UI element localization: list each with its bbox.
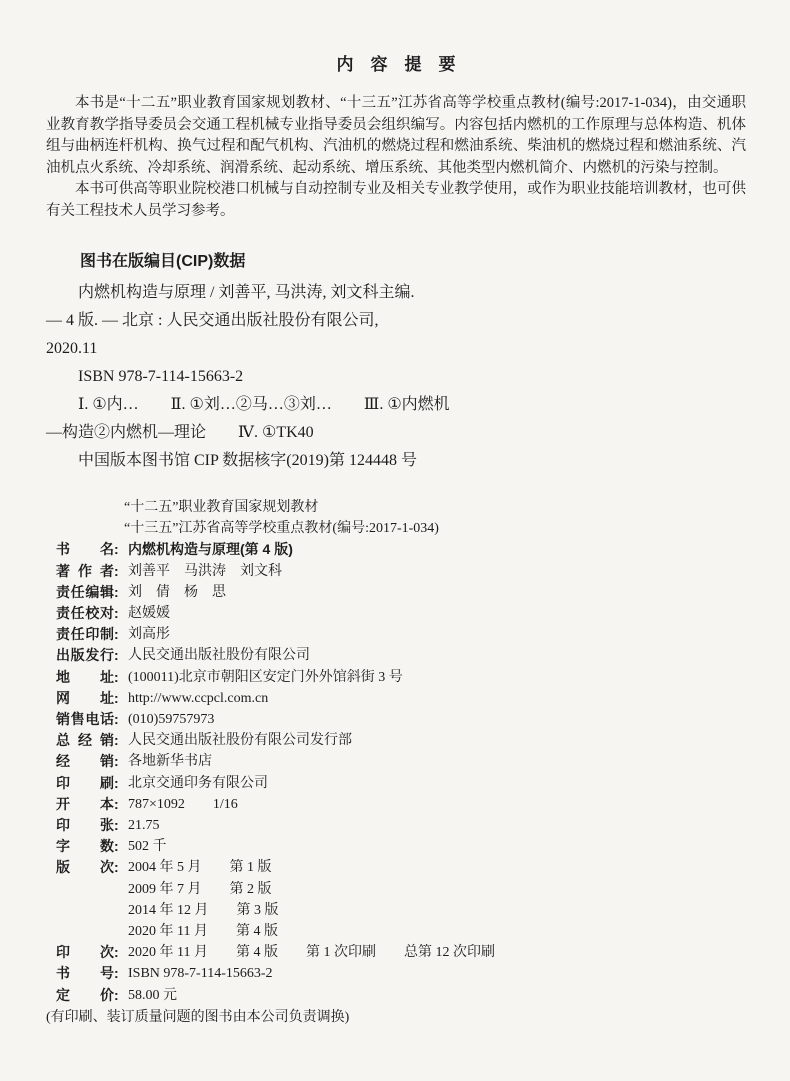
- colon: :: [114, 985, 128, 1006]
- colon: :: [114, 688, 128, 709]
- row-label: 责任印制: [56, 624, 114, 645]
- row-value: (010)59757973: [128, 709, 746, 730]
- cip-line-classification: —构造②内燃机—理论 Ⅳ. ①TK40: [46, 419, 746, 447]
- colon: :: [114, 942, 128, 963]
- row-label: 字数: [56, 836, 114, 857]
- colophon-row-price: 定价: 58.00 元: [46, 985, 746, 1006]
- row-label: 版次: [56, 857, 114, 878]
- row-label: 印刷: [56, 773, 114, 794]
- colophon-row-print-supervisor: 责任印制: 刘高彤: [46, 624, 746, 645]
- row-value: 刘善平 马洪涛 刘文科: [128, 561, 746, 582]
- cip-line-isbn: ISBN 978-7-114-15663-2: [46, 363, 746, 391]
- cip-line: 2020.11: [46, 335, 746, 363]
- row-label: 著作者: [56, 561, 114, 582]
- row-label: 出版发行: [56, 645, 114, 666]
- copyright-page: 内容提要 本书是“十二五”职业教育国家规划教材、“十三五”江苏省高等学校重点教材…: [0, 0, 790, 1081]
- colophon-row-publisher: 出版发行: 人民交通出版社股份有限公司: [46, 645, 746, 666]
- series-line: “十二五”职业教育国家规划教材: [46, 497, 746, 518]
- colon: :: [114, 539, 128, 560]
- colophon-row-sales-phone: 销售电话: (010)59757973: [46, 709, 746, 730]
- colophon-row-edition: 版次: 2004 年 5 月 第 1 版: [46, 857, 746, 878]
- colon: :: [114, 751, 128, 772]
- series-line: “十三五”江苏省高等学校重点教材(编号:2017-1-034): [46, 518, 746, 539]
- edition-history-line: 2020 年 11 月 第 4 版: [46, 921, 746, 942]
- row-label: 书名: [56, 539, 114, 560]
- row-value: 21.75: [128, 815, 746, 836]
- cip-line: 内燃机构造与原理 / 刘善平, 马洪涛, 刘文科主编.: [46, 279, 746, 307]
- cip-record: 内燃机构造与原理 / 刘善平, 马洪涛, 刘文科主编. — 4 版. — 北京 …: [46, 279, 746, 475]
- colon: :: [114, 815, 128, 836]
- colophon-row-proofreader: 责任校对: 赵媛媛: [46, 603, 746, 624]
- row-value: 各地新华书店: [128, 751, 746, 772]
- row-label: 定价: [56, 985, 114, 1006]
- row-value: 58.00 元: [128, 985, 746, 1006]
- colon: :: [114, 730, 128, 751]
- row-label: 印次: [56, 942, 114, 963]
- page-title: 内容提要: [46, 50, 746, 75]
- colophon-row-format: 开本: 787×1092 1/16: [46, 794, 746, 815]
- row-value: 赵媛媛: [128, 603, 746, 624]
- cip-line-record-number: 中国版本图书馆 CIP 数据核字(2019)第 124448 号: [46, 447, 746, 475]
- colon: :: [114, 709, 128, 730]
- colophon-row-isbn: 书号: ISBN 978-7-114-15663-2: [46, 963, 746, 984]
- row-value website-url: http://www.ccpcl.com.cn: [128, 688, 746, 709]
- colon: :: [114, 857, 128, 878]
- edition-history-line: 2009 年 7 月 第 2 版: [46, 879, 746, 900]
- row-value: 2020 年 11 月 第 4 版 第 1 次印刷 总第 12 次印刷: [128, 942, 746, 963]
- row-label: 书号: [56, 963, 114, 984]
- row-label: 地址: [56, 667, 114, 688]
- colophon-row-address: 地址: (100011)北京市朝阳区安定门外外馆斜街 3 号: [46, 667, 746, 688]
- row-label: 经销: [56, 751, 114, 772]
- colophon-row-authors: 著作者: 刘善平 马洪涛 刘文科: [46, 561, 746, 582]
- row-value: 502 千: [128, 836, 746, 857]
- cip-heading: 图书在版编目(CIP)数据: [46, 248, 746, 271]
- row-label: 销售电话: [56, 709, 114, 730]
- colophon-row-general-distributor: 总经销: 人民交通出版社股份有限公司发行部: [46, 730, 746, 751]
- colon: :: [114, 963, 128, 984]
- colon: :: [114, 645, 128, 666]
- row-value: ISBN 978-7-114-15663-2: [128, 963, 746, 984]
- row-label: 责任编辑: [56, 582, 114, 603]
- colophon-row-editor: 责任编辑: 刘 倩 杨 思: [46, 582, 746, 603]
- row-label: 印张: [56, 815, 114, 836]
- colophon-section: “十二五”职业教育国家规划教材 “十三五”江苏省高等学校重点教材(编号:2017…: [46, 497, 746, 1028]
- summary-paragraph-1: 本书是“十二五”职业教育国家规划教材、“十三五”江苏省高等学校重点教材(编号:2…: [46, 93, 746, 179]
- cip-line-classification: Ⅰ. ①内… Ⅱ. ①刘…②马…③刘… Ⅲ. ①内燃机: [46, 391, 746, 419]
- cip-section: 图书在版编目(CIP)数据 内燃机构造与原理 / 刘善平, 马洪涛, 刘文科主编…: [46, 248, 746, 475]
- cip-line: — 4 版. — 北京 : 人民交通出版社股份有限公司,: [46, 307, 746, 335]
- row-value: 北京交通印务有限公司: [128, 773, 746, 794]
- colophon-row-printer: 印刷: 北京交通印务有限公司: [46, 773, 746, 794]
- colon: :: [114, 773, 128, 794]
- row-label: 开本: [56, 794, 114, 815]
- colophon-row-impression: 印次: 2020 年 11 月 第 4 版 第 1 次印刷 总第 12 次印刷: [46, 942, 746, 963]
- colon: :: [114, 667, 128, 688]
- colon: :: [114, 794, 128, 815]
- row-value: 人民交通出版社股份有限公司: [128, 645, 746, 666]
- colophon-row-distributor: 经销: 各地新华书店: [46, 751, 746, 772]
- colon: :: [114, 624, 128, 645]
- row-value: 刘 倩 杨 思: [128, 582, 746, 603]
- colophon-row-book-title: 书名: 内燃机构造与原理(第 4 版): [46, 539, 746, 560]
- row-value: 2004 年 5 月 第 1 版: [128, 857, 746, 878]
- edition-history-line: 2014 年 12 月 第 3 版: [46, 900, 746, 921]
- colophon-row-website: 网址: http://www.ccpcl.com.cn: [46, 688, 746, 709]
- colon: :: [114, 582, 128, 603]
- summary-section: 本书是“十二五”职业教育国家规划教材、“十三五”江苏省高等学校重点教材(编号:2…: [46, 93, 746, 222]
- colon: :: [114, 836, 128, 857]
- row-value: (100011)北京市朝阳区安定门外外馆斜街 3 号: [128, 667, 746, 688]
- row-label: 责任校对: [56, 603, 114, 624]
- row-value: 内燃机构造与原理(第 4 版): [128, 539, 746, 560]
- row-value: 787×1092 1/16: [128, 794, 746, 815]
- summary-paragraph-2: 本书可供高等职业院校港口机械与自动控制专业及相关专业教学使用，或作为职业技能培训…: [46, 179, 746, 222]
- colon: :: [114, 561, 128, 582]
- colon: :: [114, 603, 128, 624]
- row-label: 总经销: [56, 730, 114, 751]
- colophon-row-word-count: 字数: 502 千: [46, 836, 746, 857]
- row-label: 网址: [56, 688, 114, 709]
- colophon-row-sheets: 印张: 21.75: [46, 815, 746, 836]
- row-value: 刘高彤: [128, 624, 746, 645]
- row-value: 人民交通出版社股份有限公司发行部: [128, 730, 746, 751]
- reprint-exchange-note: (有印刷、装订质量问题的图书由本公司负责调换): [46, 1007, 746, 1028]
